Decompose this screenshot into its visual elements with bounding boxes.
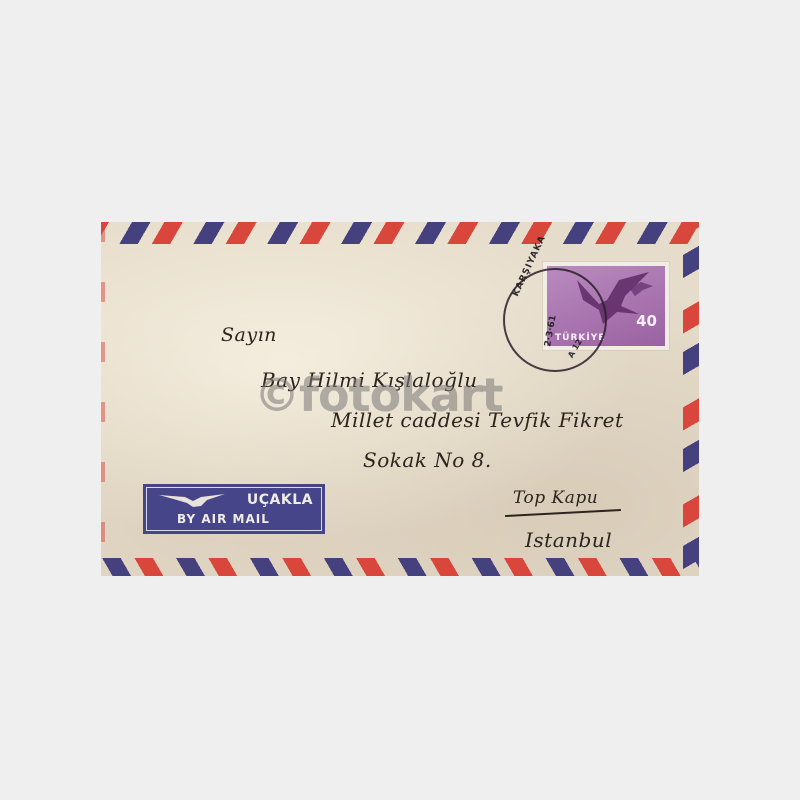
postmark-time: A 12 — [566, 338, 584, 360]
address-district: Top Kapu — [513, 488, 598, 508]
address-city: Istanbul — [525, 528, 612, 552]
airmail-turkish-text: UÇAKLA — [247, 492, 313, 508]
postmark: KARŞIYAKA 2·3·61 A 12 — [503, 268, 607, 372]
airmail-label: UÇAKLA BY AIR MAIL — [143, 484, 325, 534]
address-salutation: Sayın — [221, 324, 277, 346]
bird-icon — [157, 491, 227, 509]
airmail-stripe-left — [101, 222, 105, 576]
airmail-label-border: UÇAKLA BY AIR MAIL — [146, 487, 322, 531]
watermark: ©fotokart — [254, 368, 503, 422]
stamp-value: 40 — [636, 312, 657, 330]
airmail-stripe-right — [683, 222, 699, 576]
airmail-english-text: BY AIR MAIL — [177, 512, 270, 526]
airmail-stripe-bottom — [101, 558, 699, 576]
postmark-date: 2·3·61 — [543, 314, 558, 347]
district-underline — [505, 509, 621, 517]
address-sokak: Sokak No 8. — [363, 448, 492, 472]
airmail-stripe-top — [101, 222, 699, 244]
